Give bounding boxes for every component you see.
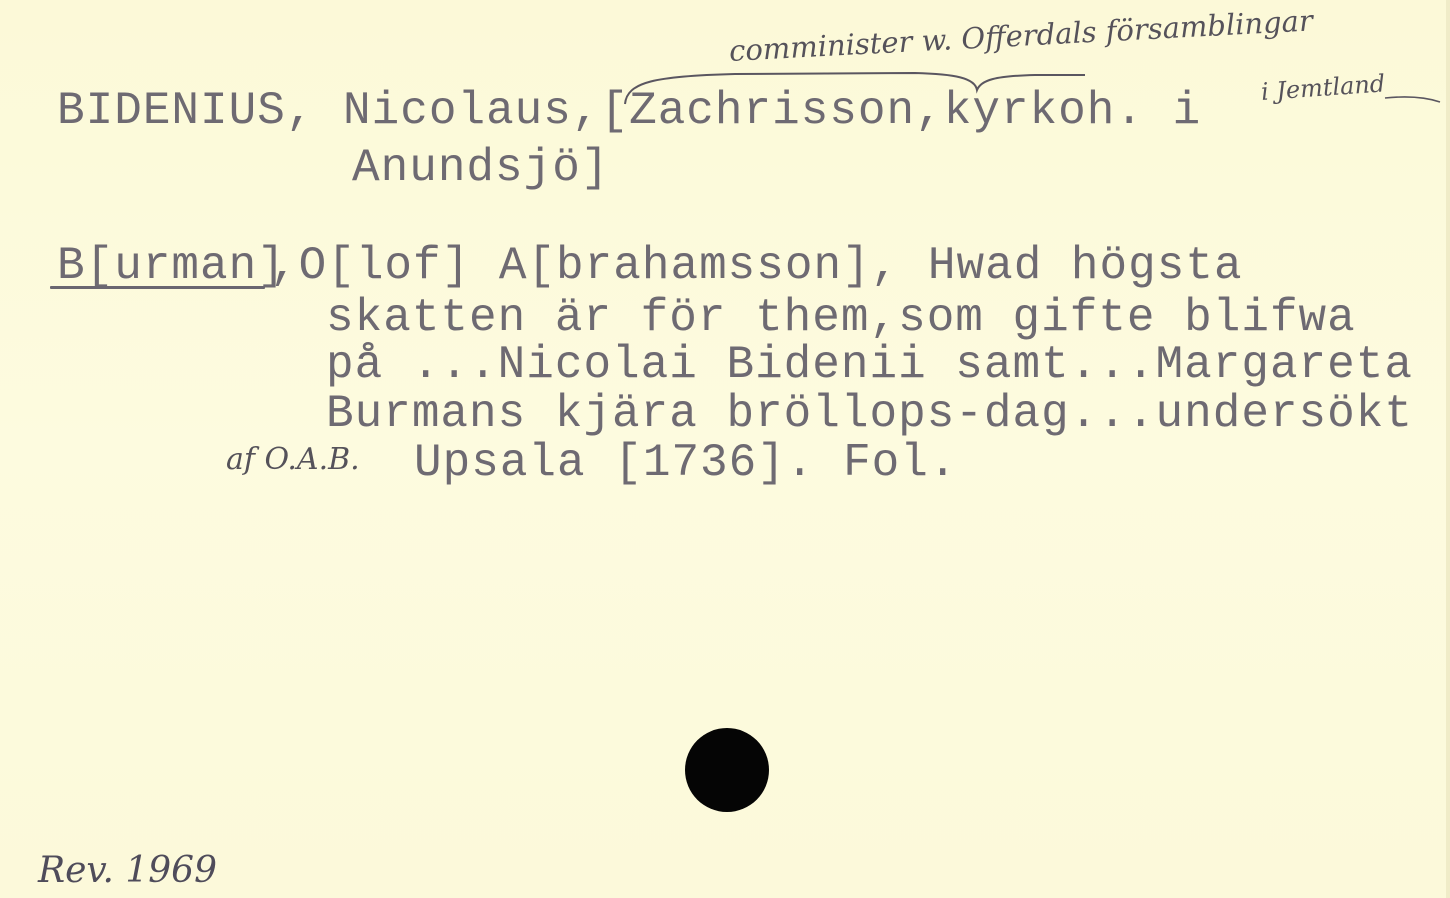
handwritten-attribution: af O.A.B.	[226, 442, 360, 477]
entry-author-underlined: B[urman]	[57, 243, 286, 289]
entry-line-2: skatten är för them,som gifte blifwa	[326, 295, 1356, 341]
heading-line2: Anundsjö]	[352, 145, 609, 191]
entry-line-1: ,O[lof] A[brahamsson], Hwad högsta	[270, 243, 1243, 289]
handwritten-insertion-line1: comminister w. Offerdals församblingar	[728, 3, 1313, 68]
entry-line-3: på ...Nicolai Bidenii samt...Margareta	[326, 342, 1413, 388]
heading-line1: BIDENIUS, Nicolaus,[Zachrisson,kyrkoh. i	[57, 88, 1201, 134]
revision-note: Rev. 1969	[38, 850, 217, 891]
card-edge	[1446, 0, 1450, 898]
entry-line-5: Upsala [1736]. Fol.	[414, 440, 958, 486]
author-underline-mark	[50, 286, 265, 289]
entry-line-4: Burmans kjära bröllops-dag...undersökt	[326, 391, 1413, 437]
catalog-card: comminister w. Offerdals församblingar i…	[0, 0, 1450, 898]
punch-hole	[685, 728, 769, 812]
